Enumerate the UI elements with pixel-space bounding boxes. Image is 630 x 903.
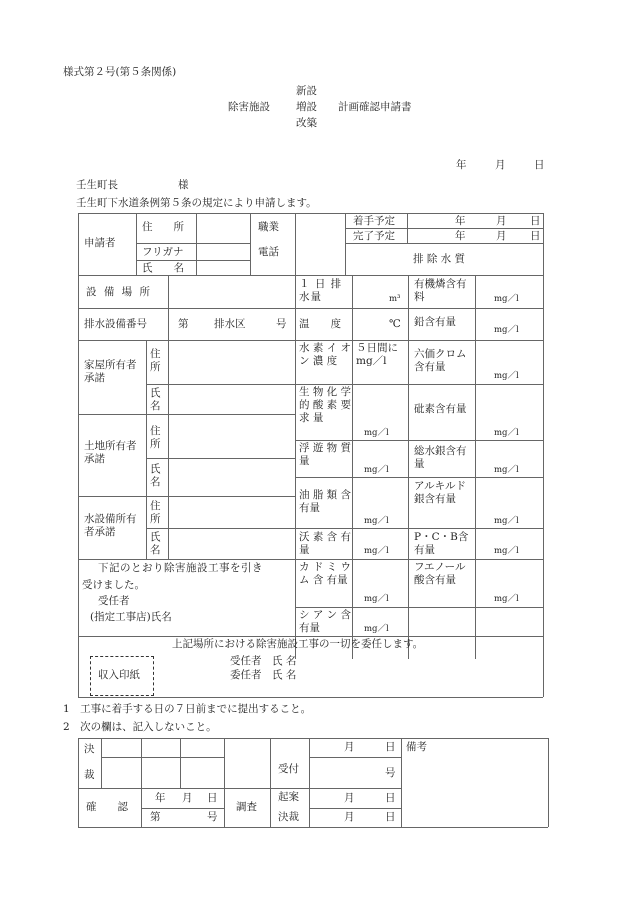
office-receipt-no: 号 — [385, 768, 396, 779]
office-approval-label-1: 決 — [84, 744, 95, 755]
start-year-label: 年 — [455, 216, 466, 227]
addressee: 壬生町長 — [76, 180, 118, 191]
wq-temperature-unit: ℃ — [389, 319, 401, 330]
wq-mercury-label: 総水銀含有量 — [414, 445, 469, 471]
contractor-statement-2: 受けました。 — [82, 580, 145, 591]
office-confirm-no-suffix: 号 — [207, 812, 218, 823]
office-confirm-label: 確 認 — [86, 802, 128, 813]
consent-land-name-input[interactable] — [169, 459, 294, 495]
consent-house-owner-label: 家屋所有者承諾 — [84, 359, 140, 385]
note-2: 2 次の欄は、記入しないこと。 — [63, 722, 217, 733]
wq-ph-unit: ５日間に mg／l — [356, 342, 401, 368]
consent-facility-address-input[interactable] — [169, 497, 294, 527]
start-date-label: 着手予定 — [353, 216, 395, 227]
office-draft-label: 起案 — [278, 792, 299, 803]
wq-temperature-label: 温 度 — [299, 318, 349, 331]
wq-iodine-unit: mg／l — [364, 547, 389, 556]
facility-number-prefix: 第 — [178, 319, 189, 330]
consent-house-name-input[interactable] — [169, 385, 294, 413]
wq-ph-label: 水 素 イ オ ン 濃 度 — [299, 342, 351, 368]
wq-phenol-label: フエノール酸含有量 — [414, 561, 469, 587]
finish-month-label: 月 — [496, 231, 507, 242]
application-statement: 壬生町下水道条例第５条の規定により申請します。 — [76, 198, 317, 209]
facility-location-input[interactable] — [169, 276, 294, 307]
wq-organophosphorus-unit: mg／l — [494, 295, 519, 304]
office-approval-label-2: 裁 — [84, 770, 95, 781]
wq-phenol-unit: mg／l — [494, 595, 519, 604]
office-receipt-label: 受付 — [278, 764, 299, 775]
office-receipt-month: 月 — [344, 742, 355, 753]
phone-label: 電話 — [258, 247, 279, 258]
consent-house-address-label: 住所 — [150, 348, 162, 374]
wq-cyanide-label: シ ア ン 含有量 — [299, 609, 351, 635]
facility-number-label: 排水設備番号 — [84, 319, 147, 330]
office-decision-label: 決裁 — [278, 812, 299, 823]
wq-ss-label: 浮 遊 物 質量 — [299, 442, 351, 468]
office-confirm-day: 日 — [207, 793, 218, 804]
wq-alkyl-unit: mg／l — [494, 517, 519, 526]
consent-land-name-label: 氏名 — [150, 463, 162, 489]
wq-daily-discharge-unit: m³ — [389, 295, 400, 304]
date-day: 日 — [534, 160, 545, 171]
facility-location-label: 設 備 場 所 — [86, 287, 152, 298]
wq-arsenic-unit: mg／l — [494, 429, 519, 438]
name-label: 氏 名 — [142, 263, 184, 274]
wq-pcb-unit: mg／l — [494, 547, 519, 556]
form-number: 様式第２号(第５条関係) — [63, 67, 176, 78]
wq-lead-label: 鉛含有量 — [414, 316, 474, 329]
water-quality-header: 排 除 水 質 — [413, 254, 465, 265]
revenue-stamp-label: 収入印紙 — [98, 670, 140, 681]
facility-number-district: 排水区 — [214, 319, 246, 330]
consent-facility-name-label: 氏名 — [150, 531, 162, 557]
date-month: 月 — [495, 160, 506, 171]
wq-alkyl-label: アルキルド銀含有量 — [414, 480, 469, 506]
consent-house-address-input[interactable] — [169, 341, 294, 383]
wq-cadmium-unit: mg／l — [364, 595, 389, 604]
office-remarks-label: 備考 — [406, 742, 427, 753]
title-option-new: 新設 — [296, 86, 317, 97]
occupation-label: 職業 — [258, 222, 279, 233]
wq-organophosphorus-label: 有機燐含有料 — [414, 278, 469, 304]
delegation-principal-line: 委任者 氏 名 — [230, 670, 296, 681]
wq-iodine-label: 沃 素 含 有量 — [299, 531, 351, 557]
consent-land-owner-label: 土地所有者承諾 — [84, 440, 140, 466]
consent-house-name-label: 氏名 — [150, 387, 162, 413]
wq-bod-unit: mg／l — [364, 429, 389, 438]
title-prefix: 除害施設 — [228, 102, 270, 113]
finish-day-label: 日 — [530, 231, 541, 242]
start-month-label: 月 — [496, 216, 507, 227]
title-suffix: 計画確認申請書 — [338, 102, 412, 113]
note-1: 1 工事に着手する日の７日前までに提出すること。 — [63, 704, 311, 715]
furigana-label: フリガナ — [142, 247, 183, 258]
address-label: 住 所 — [142, 222, 184, 233]
phone-input[interactable] — [296, 244, 344, 274]
office-receipt-day: 日 — [385, 742, 396, 753]
date-year: 年 — [456, 160, 467, 171]
wq-oil-unit: mg／l — [364, 517, 389, 526]
wq-daily-discharge-label: １ 日 排 水量 — [299, 278, 349, 304]
finish-year-label: 年 — [455, 231, 466, 242]
finish-date-label: 完了予定 — [353, 231, 395, 242]
consent-facility-address-label: 住所 — [150, 500, 162, 526]
consent-land-address-input[interactable] — [169, 415, 294, 457]
contractor-statement-1: 下記のとおり除害施設工事を引き — [98, 563, 263, 574]
wq-chromium-unit: mg／l — [494, 372, 519, 381]
wq-arsenic-label: 砒素含有量 — [414, 403, 469, 416]
consent-facility-name-input[interactable] — [169, 529, 294, 558]
wq-ss-unit: mg／l — [364, 466, 389, 475]
contractor-agent-label: 受任者 — [98, 596, 130, 607]
wq-pcb-label: P・C・B含有量 — [414, 531, 469, 557]
occupation-input[interactable] — [296, 214, 344, 242]
addressee-honorific: 様 — [178, 180, 189, 191]
facility-number-suffix: 号 — [276, 319, 287, 330]
applicant-label: 申請者 — [84, 238, 116, 249]
title-option-expand: 増設 — [296, 102, 317, 113]
contractor-agent-name-label: (指定工事店)氏名 — [90, 612, 172, 623]
title-option-rebuild: 改築 — [296, 118, 317, 129]
office-draft-month: 月 — [344, 793, 355, 804]
address-input[interactable] — [197, 214, 249, 242]
consent-facility-owner-label: 水設備所有者承諾 — [84, 513, 140, 539]
office-decision-month: 月 — [344, 812, 355, 823]
wq-mercury-unit: mg／l — [494, 466, 519, 475]
wq-cyanide-unit: mg／l — [364, 625, 389, 634]
office-decision-day: 日 — [385, 812, 396, 823]
wq-lead-unit: mg／l — [494, 326, 519, 335]
consent-land-address-label: 住所 — [150, 425, 162, 451]
delegation-statement: 上記場所における除害施設工事の一切を委任します。 — [172, 639, 423, 650]
furigana-input[interactable] — [197, 244, 249, 259]
start-day-label: 日 — [530, 216, 541, 227]
office-draft-day: 日 — [385, 793, 396, 804]
office-inspect-label: 調査 — [236, 802, 257, 813]
office-confirm-no-prefix: 第 — [150, 812, 161, 823]
wq-bod-label: 生 物 化 学 的 酸 素 要 求 量 — [299, 386, 351, 425]
delegation-agent-line: 受任者 氏 名 — [230, 656, 296, 667]
office-confirm-month: 月 — [182, 793, 193, 804]
name-input[interactable] — [197, 261, 249, 274]
wq-cadmium-label: カ ド ミ ウ ム 含 有量 — [299, 561, 351, 587]
office-confirm-year: 年 — [155, 793, 166, 804]
wq-oil-label: 油 脂 類 含有量 — [299, 489, 351, 515]
wq-chromium-label: 六価クロム含有量 — [414, 348, 469, 374]
